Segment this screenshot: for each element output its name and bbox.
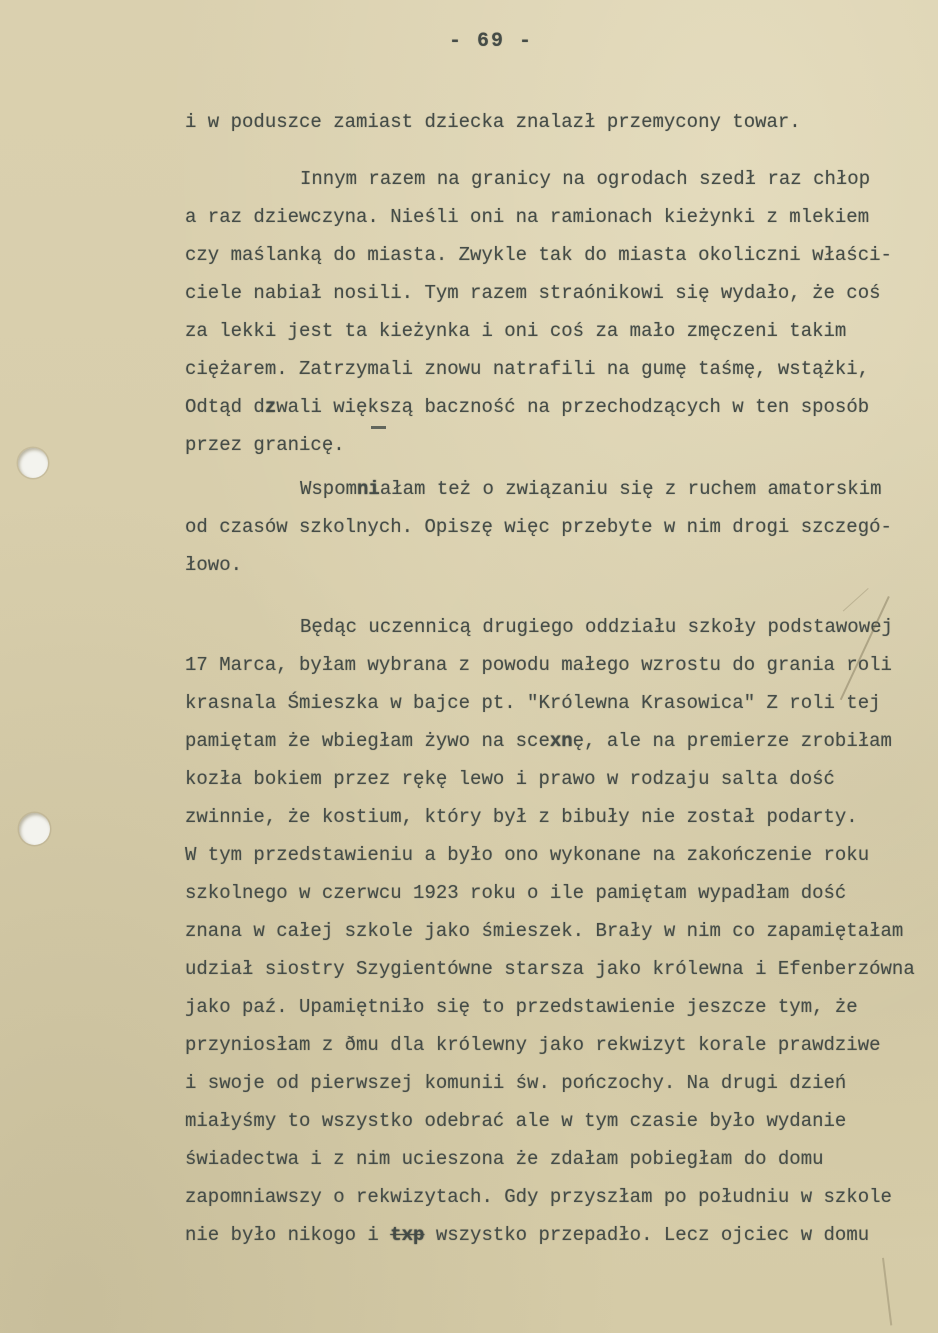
overstruck-text: z — [265, 396, 276, 418]
text-line: udział siostry Szygientówne starsza jako… — [185, 950, 913, 988]
text-line: za lekki jest ta kieżynka i oni coś za m… — [185, 312, 913, 350]
text-line: jako paź. Upamiętniło się to przedstawie… — [185, 988, 913, 1026]
text-line: i swoje od pierwszej komunii św. pończoc… — [185, 1064, 913, 1102]
text-line: krasnala Śmieszka w bajce pt. "Królewna … — [185, 684, 913, 722]
text-line: Odtąd dzwali większą baczność na przecho… — [185, 388, 913, 426]
typescript-body: i w poduszce zamiast dziecka znalazł prz… — [185, 103, 913, 1254]
paragraph: Będąc uczennicą drugiego oddziału szkoły… — [185, 608, 913, 1254]
hole-punch-bottom — [19, 813, 50, 845]
text-line: od czasów szkolnych. Opiszę więc przebyt… — [185, 508, 913, 546]
paragraph: Innym razem na granicy na ogrodach szedł… — [185, 160, 913, 464]
struck-out-text: txp — [390, 1224, 424, 1246]
page-number: - 69 - — [0, 30, 938, 53]
text-line: a raz dziewczyna. Nieśli oni na ramionac… — [185, 198, 913, 236]
overstruck-text: xn — [550, 730, 573, 752]
crease-bottom-right — [882, 1258, 892, 1326]
text-line: Innym razem na granicy na ogrodach szedł… — [185, 160, 913, 198]
text-line: przez granicę. — [185, 426, 913, 464]
text-line: nie było nikogo i txp wszystko przepadło… — [185, 1216, 913, 1254]
text-line: zapomniawszy o rekwizytach. Gdy przyszła… — [185, 1178, 913, 1216]
text-line: znana w całej szkole jako śmieszek. Brał… — [185, 912, 913, 950]
text-line: świadectwa i z nim ucieszona że zdałam p… — [185, 1140, 913, 1178]
text-line: łowo. — [185, 546, 913, 584]
text-line: i w poduszce zamiast dziecka znalazł prz… — [185, 103, 913, 141]
text-line: W tym przedstawieniu a było ono wykonane… — [185, 836, 913, 874]
text-line: czy maślanką do miasta. Zwykle tak do mi… — [185, 236, 913, 274]
text-line: 17 Marca, byłam wybrana z powodu małego … — [185, 646, 913, 684]
text-line: pamiętam że wbiegłam żywo na scexnę, ale… — [185, 722, 913, 760]
paragraph: i w poduszce zamiast dziecka znalazł prz… — [185, 103, 913, 141]
overstruck-text: ni — [357, 478, 380, 500]
text-line: przyniosłam z ðmu dla królewny jako rekw… — [185, 1026, 913, 1064]
text-line: miałyśmy to wszystko odebrać ale w tym c… — [185, 1102, 913, 1140]
text-line: ciężarem. Zatrzymali znowu natrafili na … — [185, 350, 913, 388]
correction-dash — [371, 426, 386, 429]
text-line: Wspomniałam też o związaniu się z ruchem… — [185, 470, 913, 508]
hole-punch-top — [18, 448, 48, 478]
text-line: Będąc uczennicą drugiego oddziału szkoły… — [185, 608, 913, 646]
text-line: zwinnie, że kostium, który był z bibuły … — [185, 798, 913, 836]
text-line: szkolnego w czerwcu 1923 roku o ile pami… — [185, 874, 913, 912]
text-line: ciele nabiał nosili. Tym razem straóniko… — [185, 274, 913, 312]
text-line: kozła bokiem przez rękę lewo i prawo w r… — [185, 760, 913, 798]
paragraph: Wspomniałam też o związaniu się z ruchem… — [185, 470, 913, 584]
